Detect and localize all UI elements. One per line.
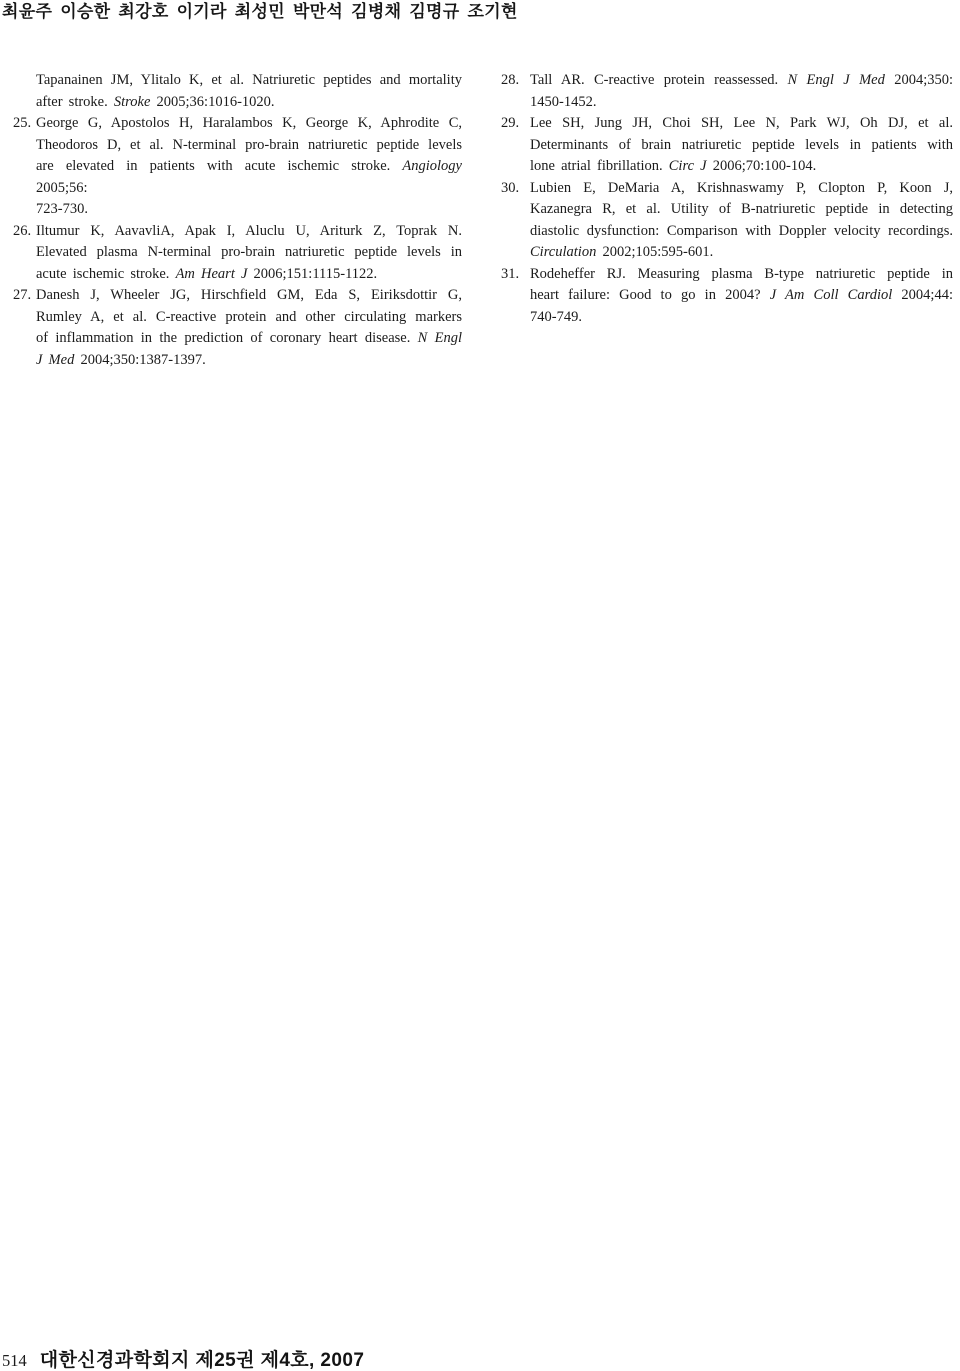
journal-name: Stroke: [114, 94, 151, 110]
page-number: 514: [2, 1351, 27, 1371]
reference-text: Iltumur K, AavavliA, Apak I, Aluclu U, A…: [36, 223, 462, 239]
reference-text: 2004;44:: [892, 287, 953, 303]
reference-continuation-line: heart failure: Good to go in 2004? J Am …: [501, 285, 953, 307]
reference-text: 2004;350:1387-1397.: [74, 352, 205, 368]
journal-name: Circ J: [669, 158, 707, 174]
header-authors: 최윤주 이승한 최강호 이기라 최성민 박만석 김병채 김명규 조기현: [2, 0, 518, 24]
reference-text: Danesh J, Wheeler JG, Hirschfield GM, Ed…: [36, 287, 462, 303]
reference-text: 723-730.: [36, 201, 88, 217]
journal-name: Circulation: [530, 244, 596, 260]
reference-text: diastolic dysfunction: Comparison with D…: [530, 223, 953, 239]
journal-name: N Engl J Med: [788, 72, 885, 88]
journal-name: J Med: [36, 352, 74, 368]
reference-text: are elevated in patients with acute isch…: [36, 158, 402, 174]
reference-text: acute ischemic stroke.: [36, 266, 176, 282]
reference-continuation-line: Rumley A, et al. C-reactive protein and …: [13, 307, 462, 329]
reference-item-line: 29.Lee SH, Jung JH, Choi SH, Lee N, Park…: [501, 113, 953, 135]
reference-continuation-line: diastolic dysfunction: Comparison with D…: [501, 221, 953, 243]
reference-text: Rodeheffer RJ. Measuring plasma B-type n…: [530, 266, 953, 282]
reference-continuation-line: Circulation 2002;105:595-601.: [501, 242, 953, 264]
journal-title-footer: 대한신경과학회지 제25권 제4호, 2007: [40, 1345, 365, 1371]
references-column-right: 28.Tall AR. C-reactive protein reassesse…: [501, 70, 953, 328]
reference-continuation-line: Tapanainen JM, Ylitalo K, et al. Natriur…: [13, 70, 462, 92]
reference-continuation-line: of inflammation in the prediction of cor…: [13, 328, 462, 350]
reference-text: Theodoros D, et al. N-terminal pro-brain…: [36, 137, 462, 153]
reference-text: Tapanainen JM, Ylitalo K, et al. Natriur…: [36, 72, 462, 88]
reference-continuation-line: 723-730.: [13, 199, 462, 221]
reference-text: lone atrial fibrillation.: [530, 158, 669, 174]
reference-item-line: 30.Lubien E, DeMaria A, Krishnaswamy P, …: [501, 178, 953, 200]
reference-item-line: 28.Tall AR. C-reactive protein reassesse…: [501, 70, 953, 92]
reference-text: Elevated plasma N-terminal pro-brain nat…: [36, 244, 462, 260]
reference-text: heart failure: Good to go in 2004?: [530, 287, 770, 303]
reference-continuation-line: are elevated in patients with acute isch…: [13, 156, 462, 199]
reference-text: Lee SH, Jung JH, Choi SH, Lee N, Park WJ…: [530, 115, 953, 131]
reference-number: 29.: [501, 113, 519, 135]
reference-text: Determinants of brain natriuretic peptid…: [530, 137, 953, 153]
reference-text: 2002;105:595-601.: [596, 244, 713, 260]
reference-item-line: 27.Danesh J, Wheeler JG, Hirschfield GM,…: [13, 285, 462, 307]
reference-text: George G, Apostolos H, Haralambos K, Geo…: [36, 115, 462, 131]
reference-continuation-line: Elevated plasma N-terminal pro-brain nat…: [13, 242, 462, 264]
journal-name: Am Heart J: [176, 266, 248, 282]
references-column-left: Tapanainen JM, Ylitalo K, et al. Natriur…: [13, 70, 462, 371]
reference-number: 26.: [13, 221, 31, 243]
reference-number: 30.: [501, 178, 519, 200]
reference-text: 2005;56:: [36, 180, 88, 196]
journal-name: Angiology: [402, 158, 462, 174]
reference-text: Tall AR. C-reactive protein reassessed.: [530, 72, 788, 88]
reference-item-line: 26.Iltumur K, AavavliA, Apak I, Aluclu U…: [13, 221, 462, 243]
reference-text: 2004;350:: [885, 72, 953, 88]
reference-continuation-line: Theodoros D, et al. N-terminal pro-brain…: [13, 135, 462, 157]
reference-text: 2006;70:100-104.: [707, 158, 817, 174]
reference-continuation-line: J Med 2004;350:1387-1397.: [13, 350, 462, 372]
reference-text: of inflammation in the prediction of cor…: [36, 330, 418, 346]
reference-number: 25.: [13, 113, 31, 135]
reference-item-line: 25.George G, Apostolos H, Haralambos K, …: [13, 113, 462, 135]
reference-item-line: 31.Rodeheffer RJ. Measuring plasma B-typ…: [501, 264, 953, 286]
reference-text: Lubien E, DeMaria A, Krishnaswamy P, Clo…: [530, 180, 953, 196]
reference-text: 2006;151:1115-1122.: [247, 266, 377, 282]
reference-text: 2005;36:1016-1020.: [150, 94, 274, 110]
reference-text: Rumley A, et al. C-reactive protein and …: [36, 309, 462, 325]
reference-continuation-line: acute ischemic stroke. Am Heart J 2006;1…: [13, 264, 462, 286]
reference-number: 31.: [501, 264, 519, 286]
page-footer: 514 대한신경과학회지 제25권 제4호, 2007: [2, 1345, 364, 1371]
reference-text: 1450-1452.: [530, 94, 596, 110]
reference-continuation-line: Determinants of brain natriuretic peptid…: [501, 135, 953, 157]
reference-text: Kazanegra R, et al. Utility of B-natriur…: [530, 201, 953, 217]
reference-text: after stroke.: [36, 94, 114, 110]
journal-name: J Am Coll Cardiol: [770, 287, 893, 303]
reference-continuation-line: 1450-1452.: [501, 92, 953, 114]
reference-number: 27.: [13, 285, 31, 307]
reference-continuation-line: Kazanegra R, et al. Utility of B-natriur…: [501, 199, 953, 221]
journal-name: N Engl: [418, 330, 462, 346]
reference-text: 740-749.: [530, 309, 582, 325]
reference-continuation-line: 740-749.: [501, 307, 953, 329]
reference-continuation-line: lone atrial fibrillation. Circ J 2006;70…: [501, 156, 953, 178]
reference-number: 28.: [501, 70, 519, 92]
reference-continuation-line: after stroke. Stroke 2005;36:1016-1020.: [13, 92, 462, 114]
